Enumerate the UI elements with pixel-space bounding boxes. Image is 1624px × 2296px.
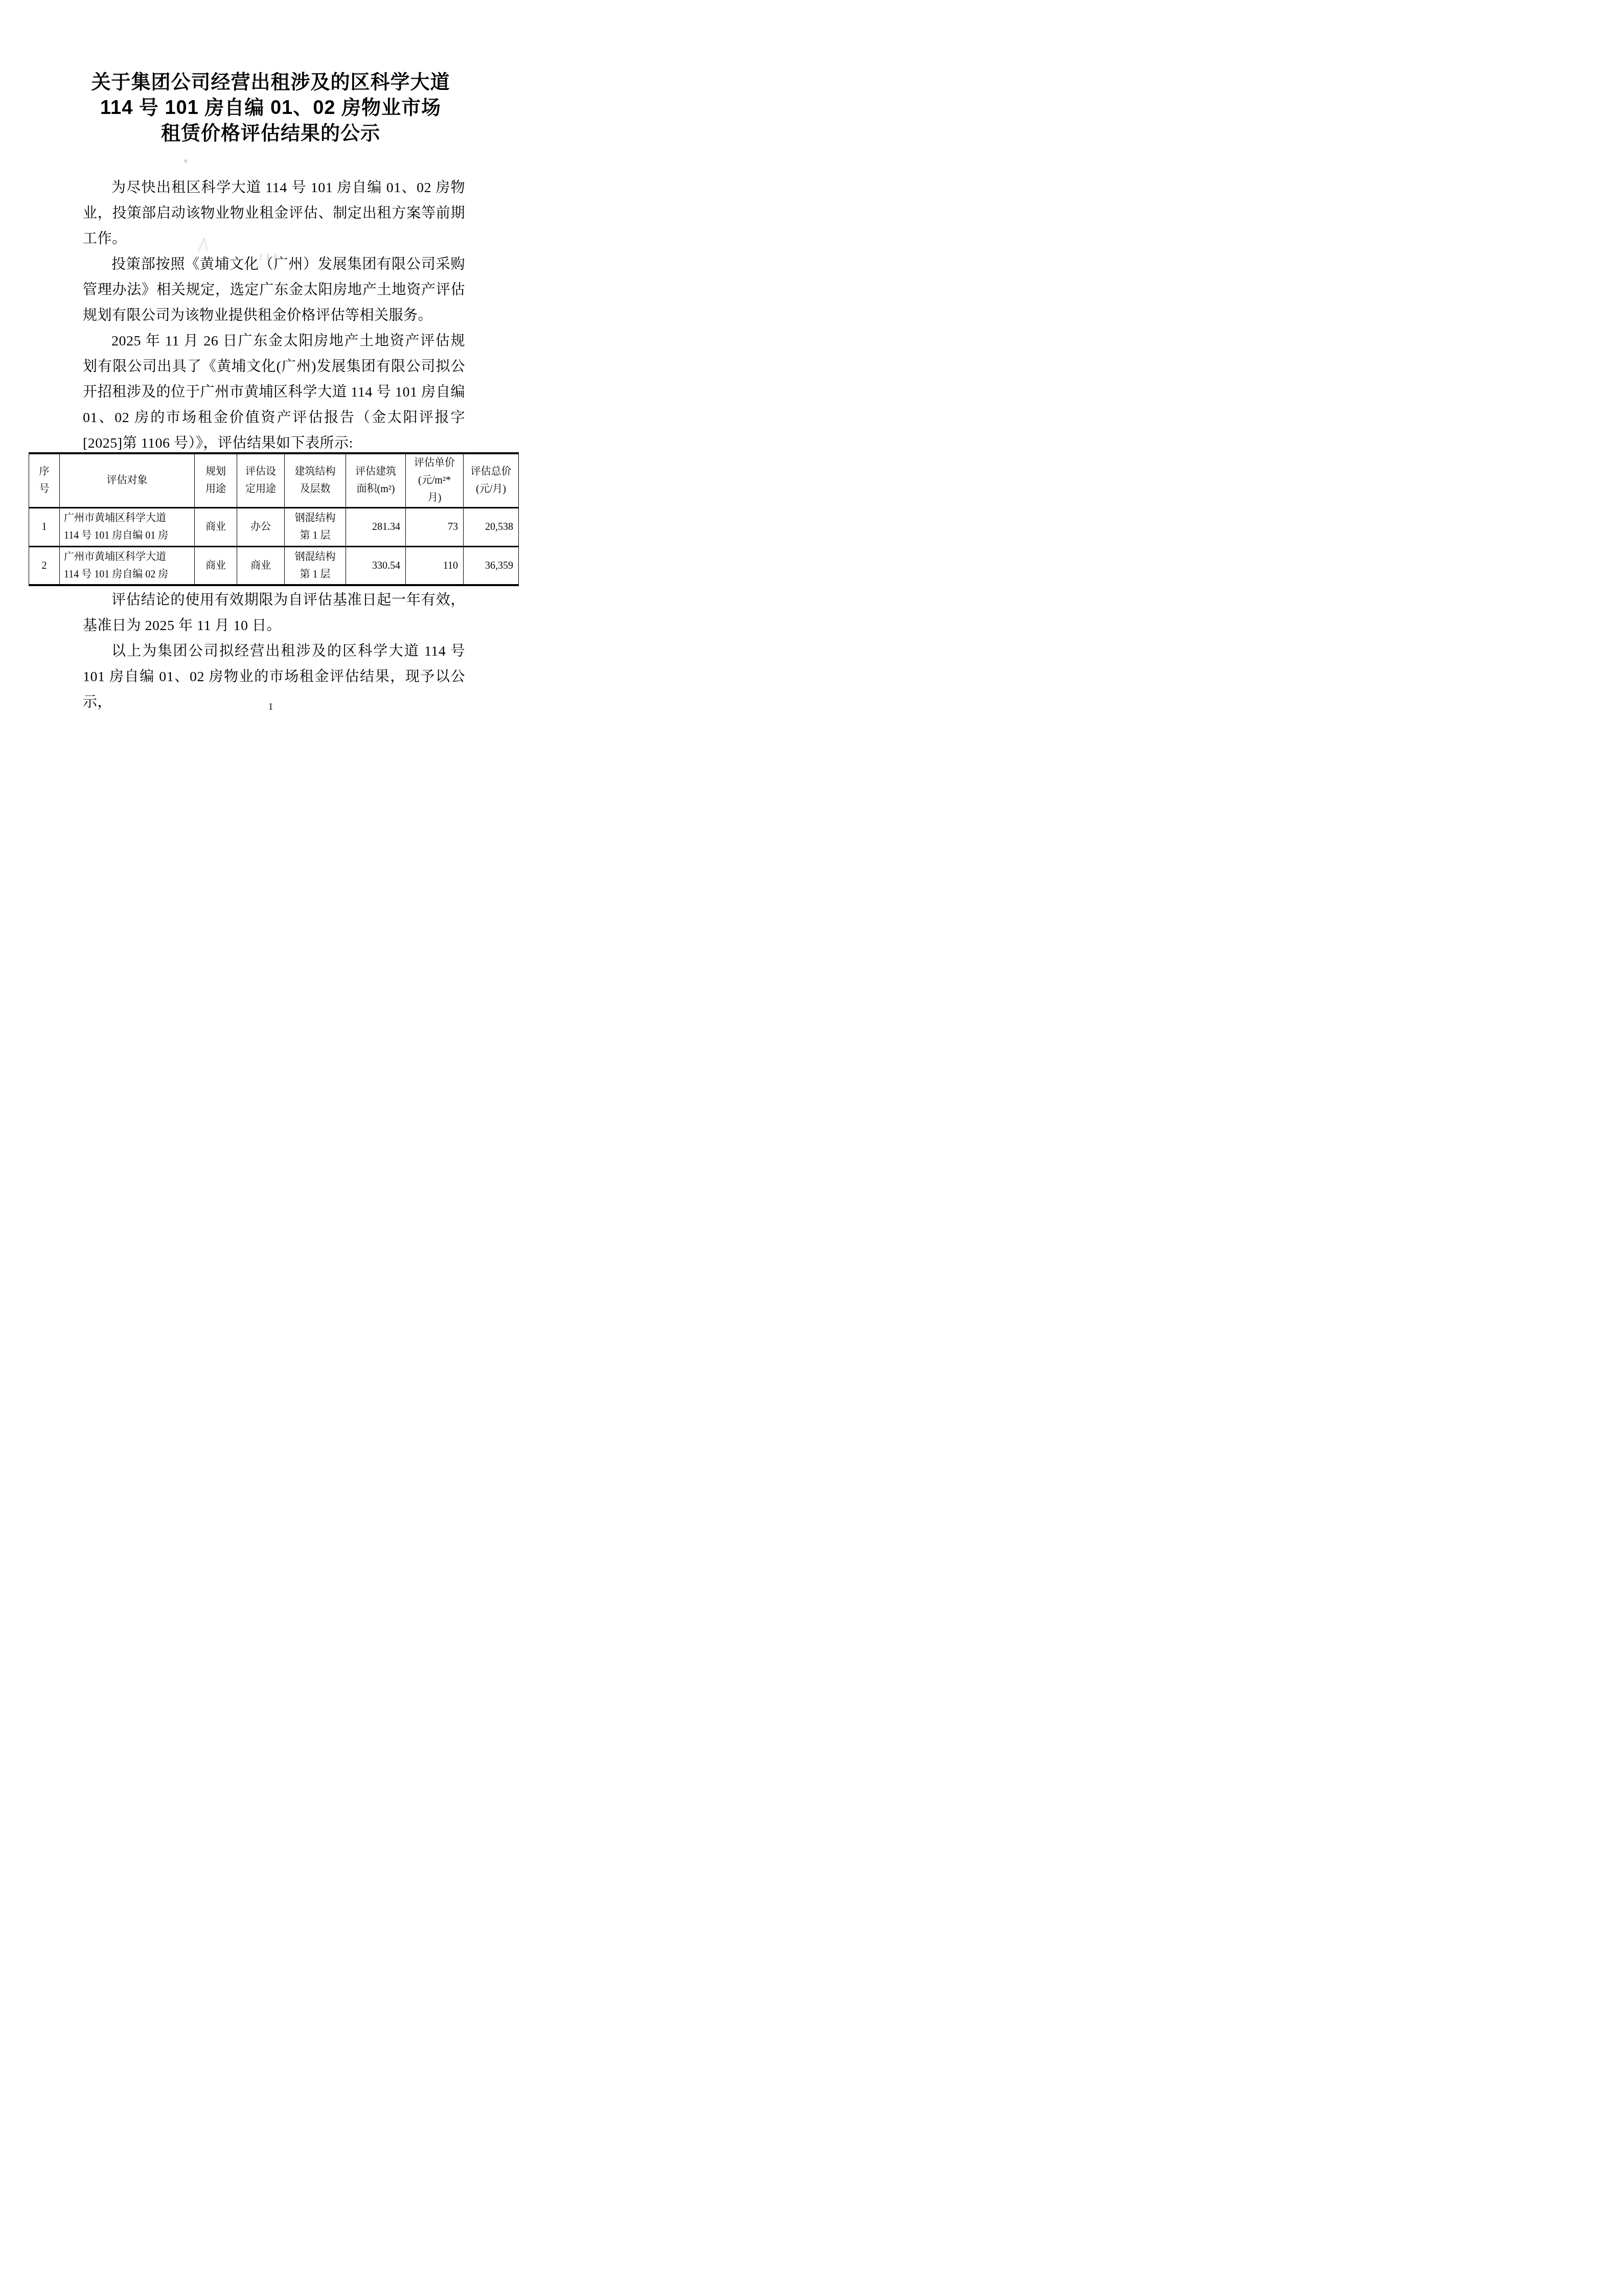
cell-seq-no: 2: [29, 546, 60, 585]
title-line-1: 关于集团公司经营出租涉及的区科学大道: [0, 69, 541, 95]
cell-evaluation-object: 广州市黄埔区科学大道 114 号 101 房自编 01 房: [60, 507, 195, 546]
title-line-2: 114 号 101 房自编 01、02 房物业市场: [0, 95, 541, 121]
body-text-lower: 评估结论的使用有效期限为自评估基准日起一年有效，基准日为 2025 年 11 月…: [83, 588, 465, 715]
cell-assessed-area: 330.54: [346, 546, 406, 585]
header-seq-no: 序 号: [29, 453, 60, 507]
document-page: 关于集团公司经营出租涉及的区科学大道 114 号 101 房自编 01、02 房…: [0, 0, 541, 766]
header-assessed-unit-price: 评估单价 (元/m²* 月): [406, 453, 464, 507]
cell-assessed-total-price: 20,538: [464, 507, 519, 546]
valuation-result-table: 序 号 评估对象 规划 用途 评估设 定用途 建筑结构 及层数 评估建筑 面积(…: [29, 452, 519, 586]
cell-assessed-unit-price: 73: [406, 507, 464, 546]
paragraph-3: 2025 年 11 月 26 日广东金太阳房地产土地资产评估规划有限公司出具了《…: [83, 329, 465, 456]
scan-artifact: [184, 159, 187, 163]
table-header-row: 序 号 评估对象 规划 用途 评估设 定用途 建筑结构 及层数 评估建筑 面积(…: [29, 453, 519, 507]
title-line-3: 租赁价格评估结果的公示: [0, 121, 541, 146]
cell-assessed-use: 办公: [237, 507, 285, 546]
page-number: 1: [0, 701, 541, 713]
header-assessed-use: 评估设 定用途: [237, 453, 285, 507]
paragraph-4: 评估结论的使用有效期限为自评估基准日起一年有效，基准日为 2025 年 11 月…: [83, 588, 465, 639]
body-text-upper: 为尽快出租区科学大道 114 号 101 房自编 01、02 房物业，投策部启动…: [83, 175, 465, 456]
cell-evaluation-object: 广州市黄埔区科学大道 114 号 101 房自编 02 房: [60, 546, 195, 585]
cell-assessed-area: 281.34: [346, 507, 406, 546]
header-assessed-total-price: 评估总价 (元/月): [464, 453, 519, 507]
cell-planned-use: 商业: [195, 507, 237, 546]
header-evaluation-object: 评估对象: [60, 453, 195, 507]
cell-planned-use: 商业: [195, 546, 237, 585]
cell-assessed-unit-price: 110: [406, 546, 464, 585]
header-structure-floors: 建筑结构 及层数: [285, 453, 346, 507]
document-title: 关于集团公司经营出租涉及的区科学大道 114 号 101 房自编 01、02 房…: [0, 69, 541, 146]
header-assessed-area: 评估建筑 面积(m²): [346, 453, 406, 507]
cell-assessed-total-price: 36,359: [464, 546, 519, 585]
cell-seq-no: 1: [29, 507, 60, 546]
table-row: 2 广州市黄埔区科学大道 114 号 101 房自编 02 房 商业 商业 钢混…: [29, 546, 519, 585]
cell-structure-floors: 钢混结构 第 1 层: [285, 507, 346, 546]
header-planned-use: 规划 用途: [195, 453, 237, 507]
paragraph-2: 投策部按照《黄埔文化（广州）发展集团有限公司采购管理办法》相关规定，选定广东金太…: [83, 252, 465, 329]
paragraph-1: 为尽快出租区科学大道 114 号 101 房自编 01、02 房物业，投策部启动…: [83, 175, 465, 252]
table-row: 1 广州市黄埔区科学大道 114 号 101 房自编 01 房 商业 办公 钢混…: [29, 507, 519, 546]
cell-assessed-use: 商业: [237, 546, 285, 585]
cell-structure-floors: 钢混结构 第 1 层: [285, 546, 346, 585]
